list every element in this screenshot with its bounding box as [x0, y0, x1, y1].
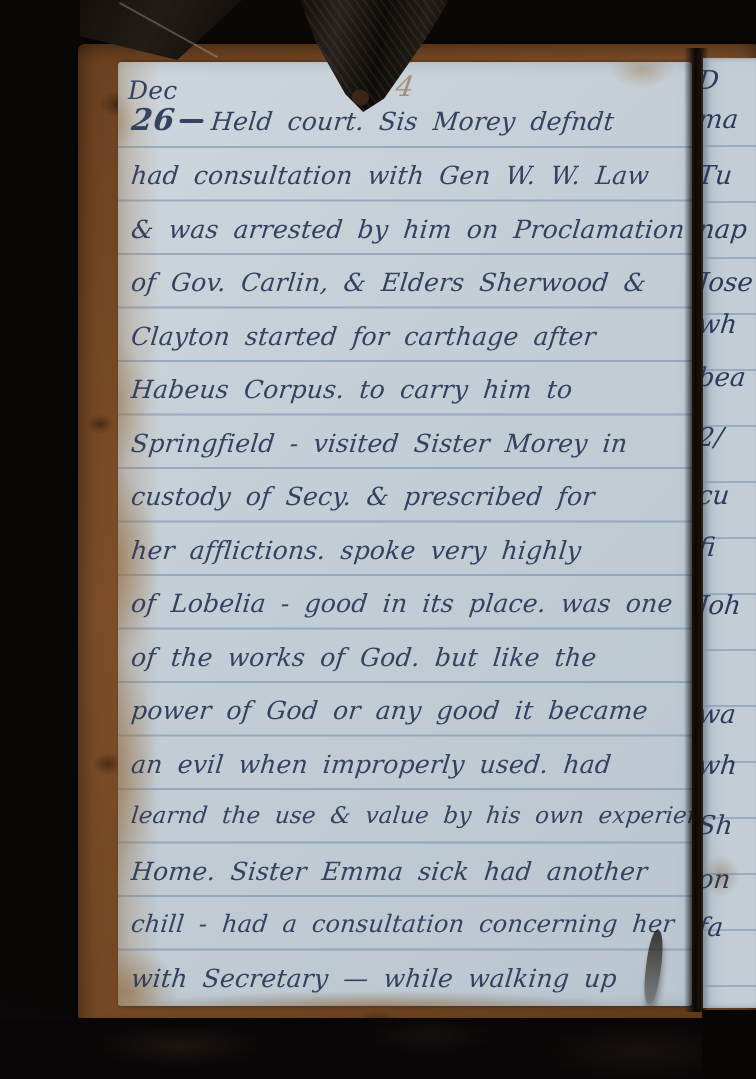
handwriting-line: had consultation with Gen W. W. Law	[130, 163, 650, 188]
journal-photograph: Dec 4 26Held court. Sis Morey defndt had…	[0, 0, 756, 1079]
handwriting-line: chill - had a consultation concerning he…	[130, 912, 676, 936]
handwriting-fragment: 2/	[703, 425, 725, 451]
handwriting-line: of Gov. Carlin, & Elders Sherwood &	[130, 270, 648, 295]
handwriting-line: her afflictions. spoke very highly	[130, 538, 583, 563]
handwriting-line: of the works of God. but like the	[130, 645, 598, 670]
journal-left-page: Dec 4 26Held court. Sis Morey defndt had…	[118, 62, 692, 1006]
day-dash-stroke	[179, 119, 203, 123]
handwriting-fragment: nap	[703, 217, 748, 243]
handwriting-fragment: cu	[703, 483, 731, 509]
handwriting-fragment: ma	[703, 107, 740, 133]
month-header: Dec	[128, 78, 177, 103]
handwriting-fragment: Tu	[703, 163, 733, 189]
handwriting-line: learnd the use & value by his own experi…	[130, 805, 692, 828]
dark-cloth-bottom	[0, 1018, 756, 1079]
handwriting-line: power of God or any good it became	[130, 698, 649, 723]
handwriting-line: Clayton started for carthage after	[130, 324, 597, 349]
handwriting-line: with Secretary — while walking up	[130, 966, 618, 991]
handwriting-fragment: wa	[703, 702, 737, 728]
handwriting-line: & was arrested by him on Proclamation	[130, 217, 686, 242]
handwriting-line: custody of Secy. & prescribed for	[130, 484, 596, 509]
handwriting-fragment: Jose	[703, 270, 754, 296]
handwriting-fragment: on	[703, 867, 732, 893]
handwriting-fragment: wh	[703, 753, 738, 779]
handwriting-line: of Lobelia - good in its place. was one	[130, 591, 674, 616]
handwriting-fragment: fa	[703, 915, 724, 941]
handwriting-fragment: bea	[703, 365, 747, 391]
entry-day: 26	[130, 103, 177, 138]
journal-facing-page-sliver: D ma Tu nap Jose wh bea 2/ cu fi Joh wa …	[703, 58, 756, 1008]
handwriting-fragment: Joh	[703, 593, 742, 619]
gutter-line	[697, 52, 701, 1010]
handwriting-line: Held court. Sis Morey defndt	[210, 107, 616, 136]
handwriting-fragment: wh	[703, 312, 738, 338]
background-corner	[702, 1010, 756, 1079]
handwriting-line: Habeus Corpus. to carry him to	[130, 377, 574, 402]
handwriting-line: Home. Sister Emma sick had another	[130, 859, 649, 884]
handwriting-line: an evil when improperly used. had	[130, 752, 613, 777]
handwriting-fragment: D	[703, 68, 720, 94]
handwriting-line: Springfield - visited Sister Morey in	[130, 431, 629, 456]
handwriting-fragment: Sh	[703, 813, 734, 839]
